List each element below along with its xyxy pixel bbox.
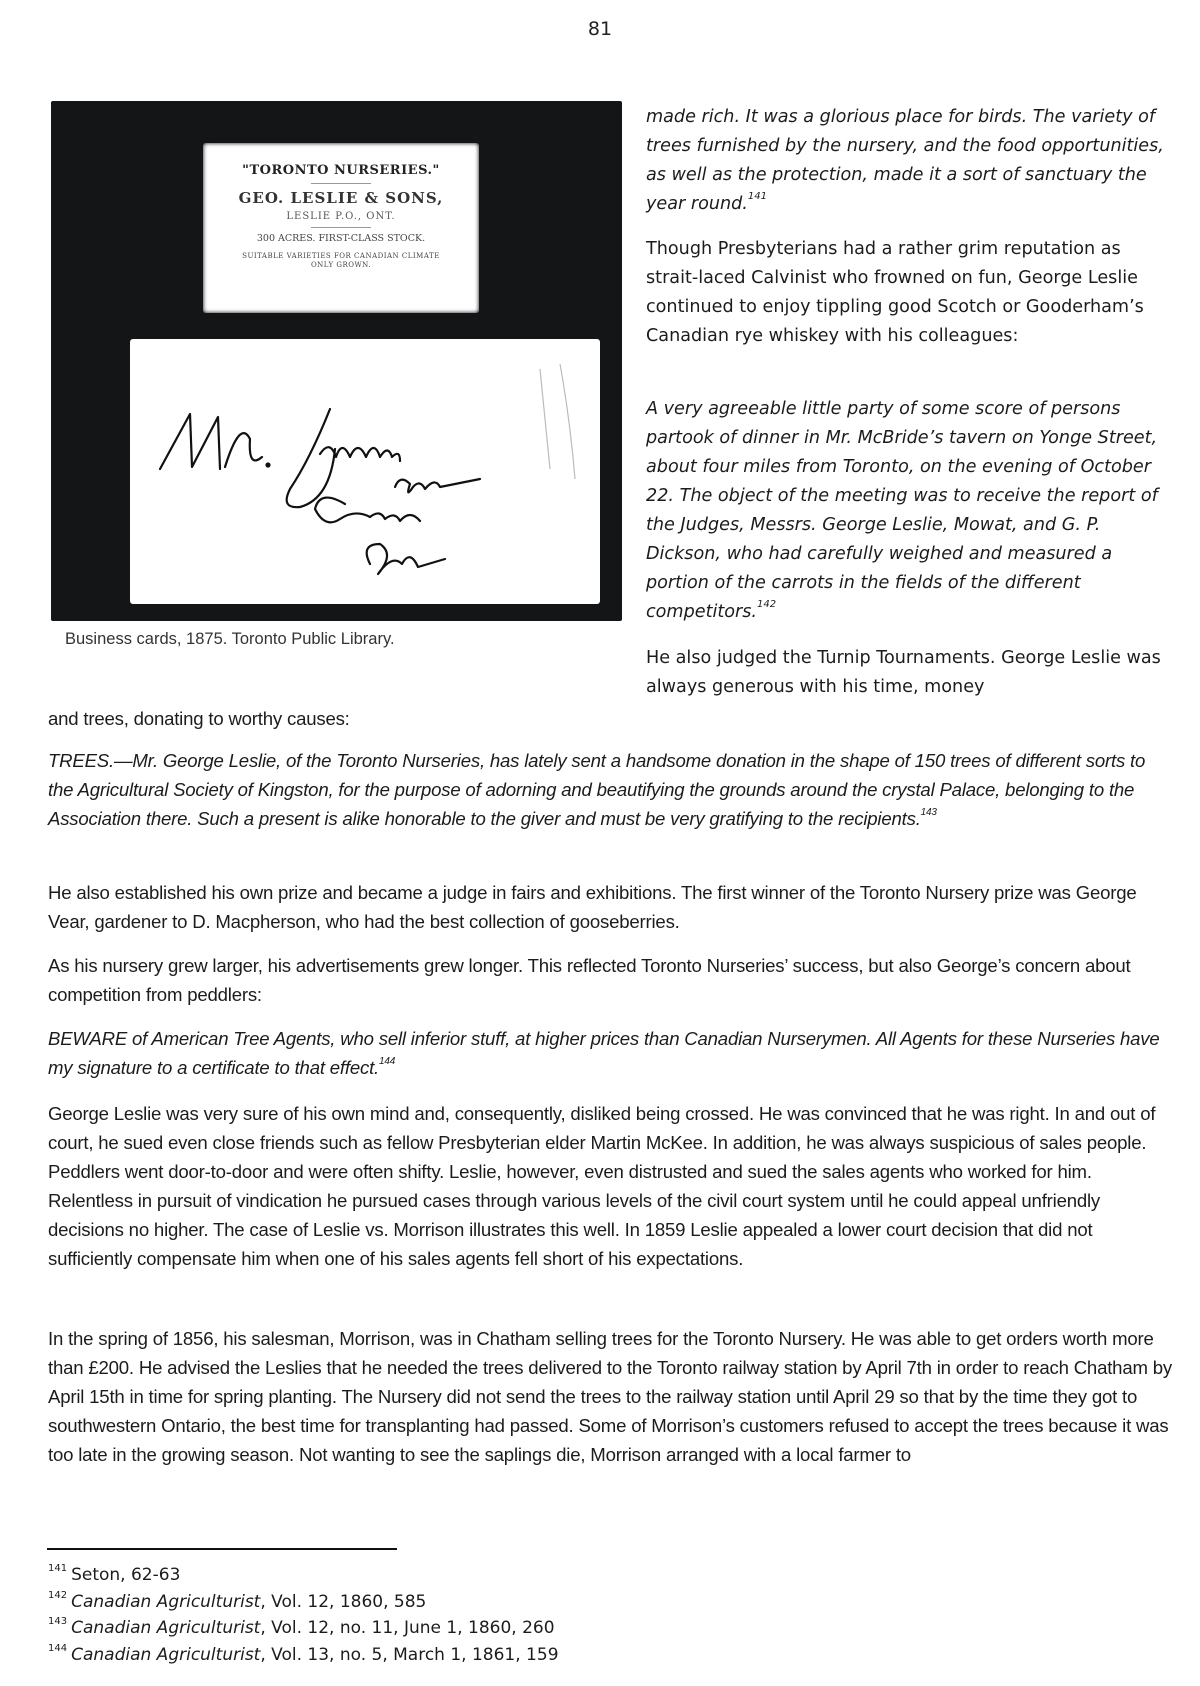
figure-caption: Business cards, 1875. Toronto Public Lib…	[65, 630, 395, 649]
paragraph: In the spring of 1856, his salesman, Mor…	[48, 1324, 1173, 1469]
card-address: LESLIE P.O., ONT.	[203, 211, 479, 222]
footnote-ref: 142	[757, 599, 776, 610]
paragraph: George Leslie was very sure of his own m…	[48, 1099, 1173, 1273]
block-quote: TREES.—Mr. George Leslie, of the Toronto…	[48, 746, 1173, 833]
paragraph: He also judged the Turnip Tournaments. G…	[646, 644, 1171, 702]
paragraph: Though Presbyterians had a rather grim r…	[646, 235, 1171, 351]
card-proprietor: GEO. LESLIE & SONS,	[203, 189, 479, 207]
card-firm-name: "TORONTO NURSERIES."	[203, 163, 479, 178]
footnote-separator	[47, 1548, 397, 1550]
paragraph: He also established his own prize and be…	[48, 878, 1173, 936]
handwritten-business-card	[130, 339, 600, 604]
paragraph: and trees, donating to worthy causes:	[48, 704, 1173, 733]
block-quote: A very agreeable little party of some sc…	[646, 395, 1171, 627]
card-divider	[311, 227, 371, 228]
footnote: 141Seton, 62-63	[48, 1562, 559, 1589]
footnote-ref: 141	[748, 191, 767, 202]
paragraph: As his nursery grew larger, his advertis…	[48, 951, 1173, 1009]
block-quote: BEWARE of American Tree Agents, who sell…	[48, 1024, 1173, 1082]
footnote: 143Canadian Agriculturist, Vol. 12, no. …	[48, 1615, 559, 1642]
footnotes: 141Seton, 62-63 142Canadian Agriculturis…	[48, 1562, 559, 1668]
card-acreage: 300 ACRES. FIRST-CLASS STOCK.	[203, 233, 479, 244]
footnote-ref: 144	[379, 1056, 395, 1067]
card-divider	[311, 183, 371, 184]
handwriting-signature	[130, 339, 600, 604]
footnote-ref: 143	[921, 807, 937, 818]
footnote: 144Canadian Agriculturist, Vol. 13, no. …	[48, 1642, 559, 1669]
business-cards-image: "TORONTO NURSERIES." GEO. LESLIE & SONS,…	[51, 101, 622, 621]
block-quote: made rich. It was a glorious place for b…	[646, 103, 1171, 219]
card-tagline: SUITABLE VARIETIES FOR CANADIAN CLIMATE …	[203, 252, 479, 270]
page-number: 81	[0, 18, 1200, 40]
footnote: 142Canadian Agriculturist, Vol. 12, 1860…	[48, 1589, 559, 1616]
printed-business-card: "TORONTO NURSERIES." GEO. LESLIE & SONS,…	[203, 143, 479, 313]
